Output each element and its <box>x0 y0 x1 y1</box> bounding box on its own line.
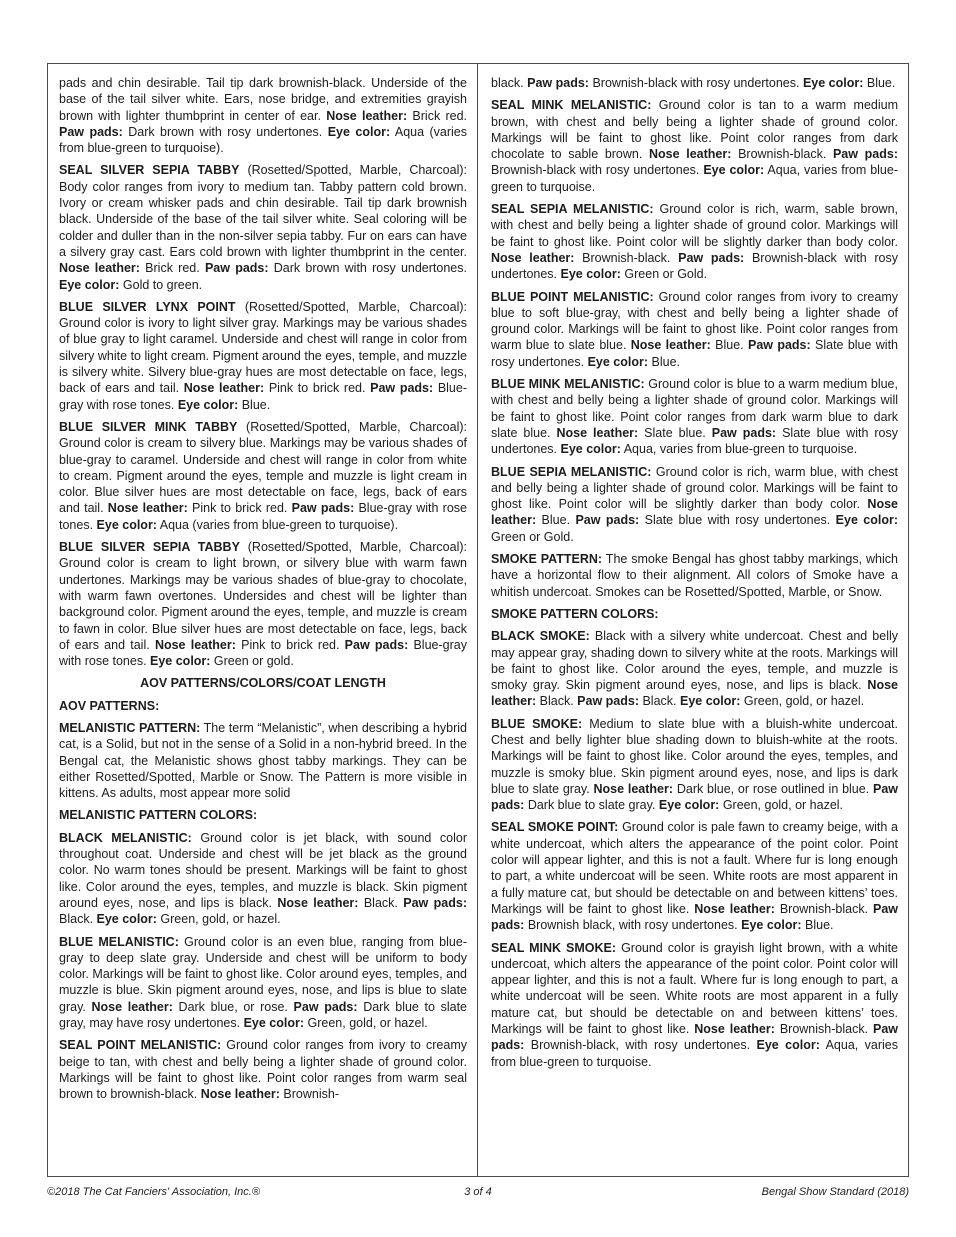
bold-label: Nose leather: <box>594 782 674 796</box>
paragraph: SEAL SEPIA MELANISTIC: Ground color is r… <box>491 201 898 282</box>
paragraph: BLUE MINK MELANISTIC: Ground color is bl… <box>491 376 898 457</box>
bold-label: Paw pads: <box>678 251 744 265</box>
bold-label: Nose leather: <box>92 1000 173 1014</box>
bold-label: BLUE MINK MELANISTIC: <box>491 377 645 391</box>
bold-label: Paw pads: <box>370 381 433 395</box>
bold-label: Eye color: <box>59 278 119 292</box>
bold-label: Nose leather: <box>59 261 140 275</box>
bold-label: Paw pads: <box>527 76 589 90</box>
bold-label: Nose leather: <box>201 1087 280 1101</box>
bold-label: MELANISTIC PATTERN: <box>59 721 200 735</box>
bold-label: Nose leather: <box>155 638 236 652</box>
paragraph: SEAL MINK MELANISTIC: Ground color is ta… <box>491 97 898 195</box>
bold-label: Paw pads: <box>577 694 639 708</box>
paragraph: SMOKE PATTERN: The smoke Bengal has ghos… <box>491 551 898 600</box>
bold-label: Eye color: <box>836 513 898 527</box>
paragraph: SEAL SILVER SEPIA TABBY (Rosetted/Spotte… <box>59 162 467 292</box>
bold-label: Eye color: <box>588 355 648 369</box>
right-column: black. Paw pads: Brownish-black with ros… <box>478 64 908 1176</box>
bold-label: BLUE SILVER MINK TABBY <box>59 420 237 434</box>
bold-label: Eye color: <box>150 654 210 668</box>
page-footer: ©2018 The Cat Fanciers' Association, Inc… <box>47 1186 909 1198</box>
bold-label: SEAL SEPIA MELANISTIC: <box>491 202 654 216</box>
bold-label: Eye color: <box>244 1016 304 1030</box>
bold-label: Eye color: <box>803 76 863 90</box>
paragraph: pads and chin desirable. Tail tip dark b… <box>59 75 467 156</box>
paragraph: BLUE POINT MELANISTIC: Ground color rang… <box>491 289 898 370</box>
bold-label: BLUE SMOKE: <box>491 717 582 731</box>
paragraph: BLUE MELANISTIC: Ground color is an even… <box>59 934 467 1032</box>
bold-label: Paw pads: <box>833 147 898 161</box>
document-page: pads and chin desirable. Tail tip dark b… <box>0 0 956 1237</box>
bold-label: Nose leather: <box>326 109 407 123</box>
bold-label: Paw pads: <box>294 1000 358 1014</box>
page-border: pads and chin desirable. Tail tip dark b… <box>47 63 909 1177</box>
section-heading: SMOKE PATTERN COLORS: <box>491 606 898 622</box>
bold-label: SEAL SMOKE POINT: <box>491 820 618 834</box>
bold-label: SEAL MINK SMOKE: <box>491 941 616 955</box>
bold-label: Eye color: <box>97 912 157 926</box>
bold-label: Eye color: <box>680 694 740 708</box>
bold-label: Nose leather: <box>277 896 358 910</box>
bold-label: Nose leather: <box>556 426 638 440</box>
bold-label: Nose leather: <box>631 338 711 352</box>
section-heading: AOV PATTERNS: <box>59 698 467 714</box>
bold-label: Eye color: <box>97 518 157 532</box>
footer-document-title: Bengal Show Standard (2018) <box>492 1186 909 1198</box>
bold-label: Eye color: <box>561 267 621 281</box>
paragraph: SEAL MINK SMOKE: Ground color is grayish… <box>491 940 898 1070</box>
bold-label: Paw pads: <box>345 638 409 652</box>
bold-label: Nose leather: <box>694 902 775 916</box>
bold-label: Eye color: <box>561 442 621 456</box>
left-column: pads and chin desirable. Tail tip dark b… <box>48 64 478 1176</box>
bold-label: Nose leather: <box>491 251 574 265</box>
paragraph: BLUE SILVER LYNX POINT (Rosetted/Spotted… <box>59 299 467 413</box>
bold-label: Paw pads: <box>59 125 123 139</box>
bold-label: Eye color: <box>659 798 719 812</box>
bold-label: BLACK SMOKE: <box>491 629 590 643</box>
paragraph: BLACK SMOKE: Black with a silvery white … <box>491 628 898 709</box>
bold-label: BLUE MELANISTIC: <box>59 935 179 949</box>
section-heading: AOV PATTERNS/COLORS/COAT LENGTH <box>59 675 467 691</box>
footer-page-number: 3 of 4 <box>464 1186 492 1198</box>
bold-label: SEAL POINT MELANISTIC: <box>59 1038 221 1052</box>
bold-label: Paw pads: <box>712 426 776 440</box>
bold-label: Paw pads: <box>748 338 811 352</box>
bold-label: Paw pads: <box>205 261 269 275</box>
bold-label: Nose leather: <box>184 381 264 395</box>
bold-label: Eye color: <box>328 125 390 139</box>
bold-label: Nose leather: <box>694 1022 775 1036</box>
bold-label: BLUE SEPIA MELANISTIC: <box>491 465 651 479</box>
paragraph: black. Paw pads: Brownish-black with ros… <box>491 75 898 91</box>
paragraph: BLUE SILVER SEPIA TABBY (Rosetted/Spotte… <box>59 539 467 669</box>
bold-label: Eye color: <box>756 1038 819 1052</box>
bold-label: BLACK MELANISTIC: <box>59 831 192 845</box>
bold-label: BLUE SILVER SEPIA TABBY <box>59 540 240 554</box>
bold-label: Eye color: <box>703 163 764 177</box>
bold-label: BLUE SILVER LYNX POINT <box>59 300 236 314</box>
bold-label: SEAL SILVER SEPIA TABBY <box>59 163 239 177</box>
paragraph: SEAL SMOKE POINT: Ground color is pale f… <box>491 819 898 933</box>
bold-label: Paw pads: <box>575 513 639 527</box>
paragraph: BLUE SILVER MINK TABBY (Rosetted/Spotted… <box>59 419 467 533</box>
paragraph: BLACK MELANISTIC: Ground color is jet bl… <box>59 830 467 928</box>
bold-label: Eye color: <box>741 918 801 932</box>
bold-label: Paw pads: <box>403 896 467 910</box>
footer-copyright: ©2018 The Cat Fanciers' Association, Inc… <box>47 1186 464 1198</box>
bold-label: Nose leather: <box>108 501 188 515</box>
paragraph: SEAL POINT MELANISTIC: Ground color rang… <box>59 1037 467 1102</box>
section-heading: MELANISTIC PATTERN COLORS: <box>59 807 467 823</box>
bold-label: Nose leather: <box>649 147 731 161</box>
paragraph: MELANISTIC PATTERN: The term “Melanistic… <box>59 720 467 801</box>
paragraph: BLUE SMOKE: Medium to slate blue with a … <box>491 716 898 814</box>
bold-label: SMOKE PATTERN: <box>491 552 602 566</box>
bold-label: BLUE POINT MELANISTIC: <box>491 290 654 304</box>
bold-label: SEAL MINK MELANISTIC: <box>491 98 651 112</box>
paragraph: BLUE SEPIA MELANISTIC: Ground color is r… <box>491 464 898 545</box>
bold-label: Paw pads: <box>292 501 355 515</box>
bold-label: Eye color: <box>178 398 238 412</box>
